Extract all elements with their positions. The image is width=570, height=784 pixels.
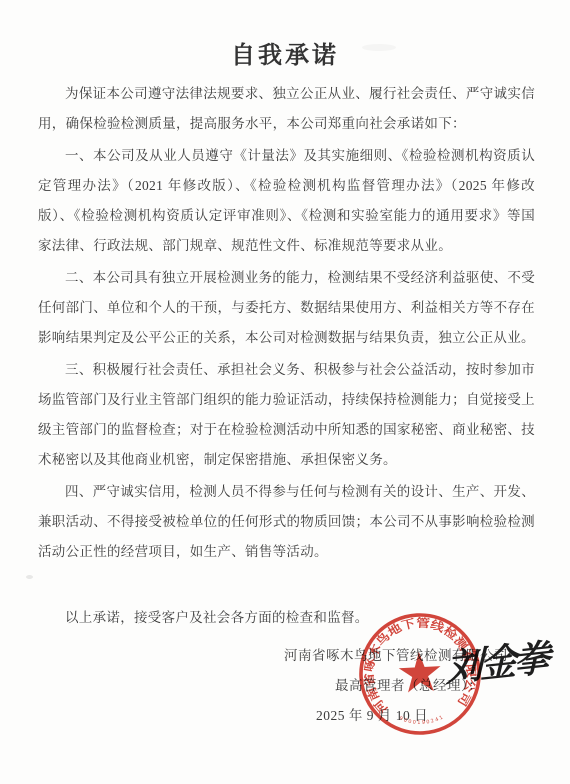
- paragraph-intro: 为保证本公司遵守法律法规要求、独立公正从业、履行社会责任、严守诚实信用，确保检验…: [38, 79, 535, 139]
- paragraph-item-3: 三、积极履行社会责任、承担社会义务、积极参与社会公益活动，按时参加市场监管部门及…: [38, 355, 535, 475]
- scan-smudge: [26, 575, 33, 579]
- seal-star-icon: [398, 651, 442, 693]
- paragraph-item-2: 二、本公司具有独立开展检测业务的能力，检测结果不受经济利益驱使、不受任何部门、单…: [38, 263, 535, 353]
- seal-code-text: 9000190241: [398, 713, 446, 727]
- document-body: 为保证本公司遵守法律法规要求、独立公正从业、履行社会责任、严守诚实信用，确保检验…: [38, 79, 535, 633]
- document-title: 自我承诺: [0, 0, 570, 71]
- document-page: 自我承诺 为保证本公司遵守法律法规要求、独立公正从业、履行社会责任、严守诚实信用…: [0, 0, 570, 784]
- paragraph-item-4: 四、严守诚实信用，检测人员不得参与任何与检测有关的设计、生产、开发、兼职活动、不…: [38, 477, 535, 567]
- company-seal-stamp: 河南省啄木鸟地下管线检测有限公司 9000190241: [353, 607, 488, 742]
- seal-code-text-holder: 9000190241: [398, 713, 446, 727]
- paragraph-item-1: 一、本公司及从业人员遵守《计量法》及其实施细则、《检验检测机构资质认定管理办法》…: [38, 141, 535, 261]
